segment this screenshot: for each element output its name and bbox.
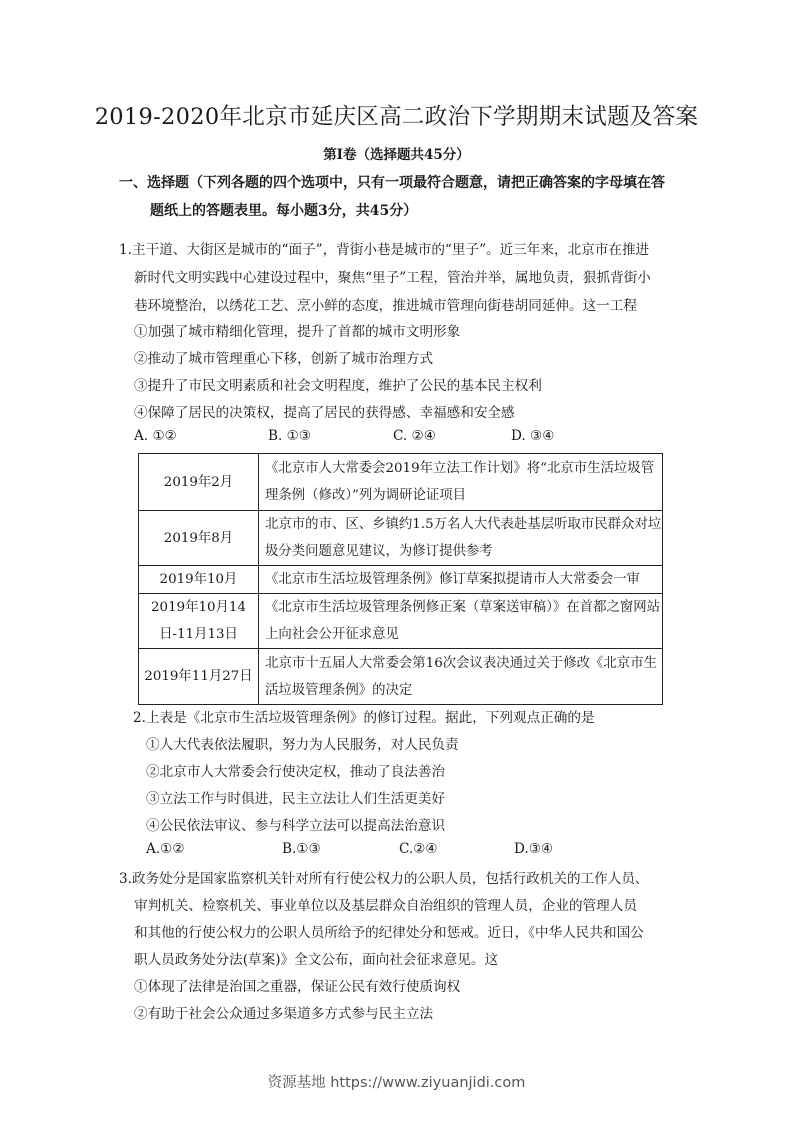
option-a[interactable]: A. ①② [134,428,177,444]
question-stem-line: 职人员政务处分法(草案)》全文公布，面向社会征求意见。这 [134,948,498,968]
revision-timeline-table: 2019年2月 《北京市人大常委会2019年立法工作计划》将“北京市生活垃圾管理… [138,453,663,705]
option-d[interactable]: D. ③④ [511,428,554,444]
statement-1: ①人大代表依法履职，努力为人民服务，对人民负责 [146,733,459,753]
statement-4: ④公民依法审议、参与科学立法可以提高法治意识 [146,814,445,834]
table-cell-desc: 北京市的市、区、乡镇约1.5万名人大代表赴基层听取市民群众对垃圾分类问题意见建议… [259,511,663,566]
question-stem-line: 2.上表是《北京市生活垃圾管理条例》的修订过程。据此，下列观点正确的是 [133,706,595,726]
question-stem-line: 审判机关、检察机关、事业单位以及基层群众自治组织的管理人员，企业的管理人员 [134,894,637,914]
option-b[interactable]: B. ①③ [268,428,311,444]
answer-options: A.①② B.①③ C.②④ D.③④ [146,841,666,861]
statement-2: ②推动了城市管理重心下移，创新了城市治理方式 [134,347,433,367]
question-stem-line: 1.主干道、大街区是城市的“面子”，背街小巷是城市的“里子”。近三年来，北京市在… [119,238,649,258]
statement-1: ①加强了城市精细化管理，提升了首都的城市文明形象 [134,320,460,340]
statement-3: ③立法工作与时俱进，民主立法让人们生活更美好 [146,787,445,807]
section-heading-line2: 题纸上的答题表里。每小题3分，共45分） [150,200,417,220]
question-stem-line: 巷环境整治，以绣花工艺、烹小鲜的态度，推进城市管理向街巷胡同延伸。这一工程 [134,294,637,314]
table-cell-desc: 《北京市人大常委会2019年立法工作计划》将“北京市生活垃圾管理条例（修改）”列… [259,454,663,511]
option-b[interactable]: B.①③ [282,841,321,857]
statement-2: ②北京市人大常委会行使决定权，推动了良法善治 [146,760,445,780]
option-c[interactable]: C.②④ [399,841,438,857]
statement-1: ①体现了法律是治国之重器，保证公民有效行使质询权 [134,975,460,995]
table-cell-desc: 《北京市生活垃圾管理条例》修订草案拟提请市人大常委会一审 [259,566,663,594]
statement-2: ②有助于社会公众通过多渠道多方式参与民主立法 [134,1002,433,1022]
table-row: 2019年8月 北京市的市、区、乡镇约1.5万名人大代表赴基层听取市民群众对垃圾… [139,511,663,566]
table-cell-date: 2019年2月 [139,454,259,511]
answer-options: A. ①② B. ①③ C. ②④ D. ③④ [134,428,654,448]
section-heading-line1: 一、选择题（下列各题的四个选项中，只有一项最符合题意，请把正确答案的字母填在答 [119,172,665,192]
volume-heading: 第Ⅰ卷（选择题共45分） [0,143,793,163]
document-title: 2019-2020年北京市延庆区高二政治下学期期末试题及答案 [0,99,793,131]
option-c[interactable]: C. ②④ [393,428,436,444]
question-stem-line: 新时代文明实践中心建设过程中，聚焦“里子”工程，管治并举，属地负责，狠抓背街小 [134,266,651,286]
table-cell-date: 2019年11月27日 [139,649,259,705]
table-cell-date: 2019年8月 [139,511,259,566]
statement-3: ③提升了市民文明素质和社会文明程度，维护了公民的基本民主权利 [134,374,542,394]
question-stem-line: 和其他的行使公权力的公职人员所给予的纪律处分和惩戒。近日，《中华人民共和国公 [134,921,644,941]
table-row: 2019年10月 《北京市生活垃圾管理条例》修订草案拟提请市人大常委会一审 [139,566,663,594]
question-stem-line: 3.政务处分是国家监察机关针对所有行使公权力的公职人员，包括行政机关的工作人员、 [119,867,649,887]
watermark-footer: 资源基地 https://www.ziyuanjidi.com [0,1071,793,1092]
table-row: 2019年10月14日-11月13日 《北京市生活垃圾管理条例修正案（草案送审稿… [139,594,663,649]
table-cell-desc: 《北京市生活垃圾管理条例修正案（草案送审稿）》在首都之窗网站上向社会公开征求意见 [259,594,663,649]
table-cell-desc: 北京市十五届人大常委会第16次会议表决通过关于修改《北京市生活垃圾管理条例》的决… [259,649,663,705]
table-row: 2019年11月27日 北京市十五届人大常委会第16次会议表决通过关于修改《北京… [139,649,663,705]
table-cell-date: 2019年10月 [139,566,259,594]
table-cell-date: 2019年10月14日-11月13日 [139,594,259,649]
option-a[interactable]: A.①② [146,841,185,857]
table-row: 2019年2月 《北京市人大常委会2019年立法工作计划》将“北京市生活垃圾管理… [139,454,663,511]
option-d[interactable]: D.③④ [514,841,553,857]
statement-4: ④保障了居民的决策权，提高了居民的获得感、幸福感和安全感 [134,401,515,421]
